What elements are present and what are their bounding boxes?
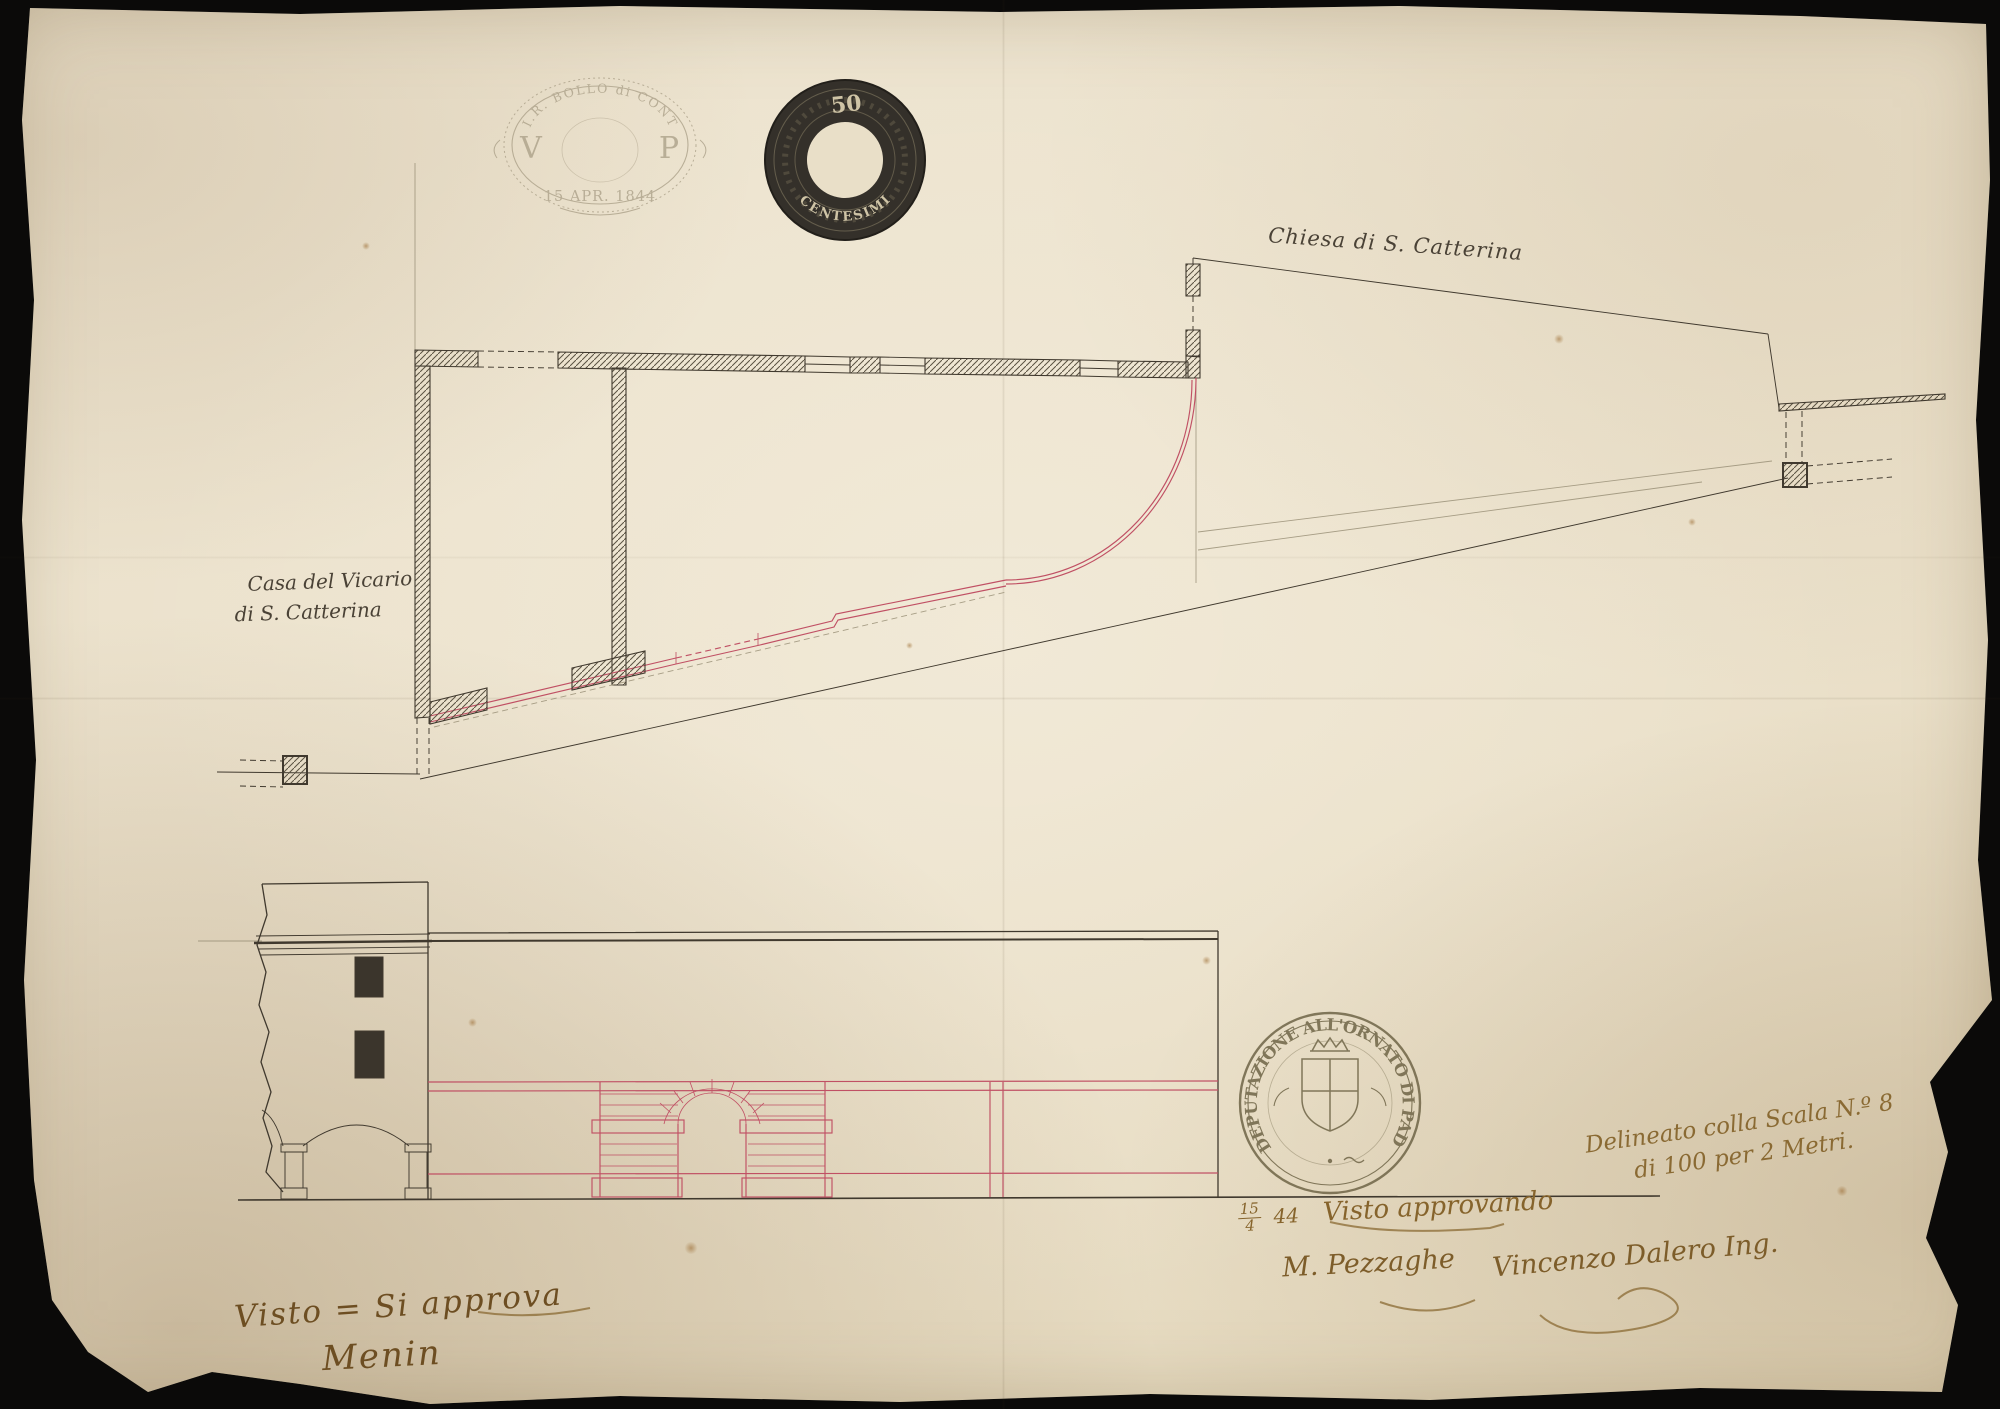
boundary-pier [572,651,645,690]
scanned-document: I.R. BOLLO di CONTROLLO V P 15 APR. 1844… [0,0,2000,1409]
plan-west-wall [415,366,430,718]
control-stamp-letter-p: P [659,131,679,166]
street-wall-shading [1779,394,1945,411]
tower-window [355,1031,384,1078]
ornato-stamp-ring-text: DEPUTAZIONE ALL'ORNATO DI PADOVA [0,0,1418,1156]
plan-interior-wall [612,368,626,685]
stamp-control-oval: I.R. BOLLO di CONTROLLO V P 15 APR. 1844 [0,0,706,215]
stamp-ornato: DEPUTAZIONE ALL'ORNATO DI PADOVA [0,0,1420,1193]
boundary-pier [430,688,487,724]
revenue-stamp-value: 50 [830,90,863,119]
ornato-coat-of-arms [1274,1038,1386,1163]
proposed-facade-red [428,931,1218,1197]
svg-text:I.R. BOLLO di CONTROLLO: I.R. BOLLO di CONTROLLO [0,0,681,130]
tower-facade [254,882,432,1199]
pier-left [283,756,307,784]
new-alignment-red [430,378,1196,722]
rusticated-doorway [678,1124,746,1197]
construction-lines [1198,461,1772,550]
date-fraction: 154 [1237,1201,1262,1235]
pier-right [1783,463,1807,487]
portico-piers [281,1144,431,1199]
stamp-revenue-round: 50 CENTESIMI [757,72,933,248]
elevation [198,882,1660,1200]
control-stamp-date: 15 APR. 1844 [544,189,656,205]
door-opening-dashed [478,351,558,368]
church-plan [1186,258,1945,583]
tower-window [355,957,383,997]
control-stamp-letter-v: V [519,131,543,166]
floor-plan [217,163,1945,787]
control-stamp-arc-text: I.R. BOLLO di CONTROLLO [0,0,681,130]
date-year: 44 [1273,1203,1300,1228]
old-boundary-dashed [434,592,1006,727]
plan-north-wall [415,350,1188,378]
portico-arch [262,1110,409,1146]
technical-drawing: I.R. BOLLO di CONTROLLO V P 15 APR. 1844… [0,0,2000,1409]
approval-signature-menin: Menin [321,1333,443,1379]
label-vicar-house: Casa del Vicario di S. Catterina [247,563,414,629]
svg-text:DEPUTAZIONE ALL'ORNATO DI PADO: DEPUTAZIONE ALL'ORNATO DI PADOVA [0,0,1418,1156]
